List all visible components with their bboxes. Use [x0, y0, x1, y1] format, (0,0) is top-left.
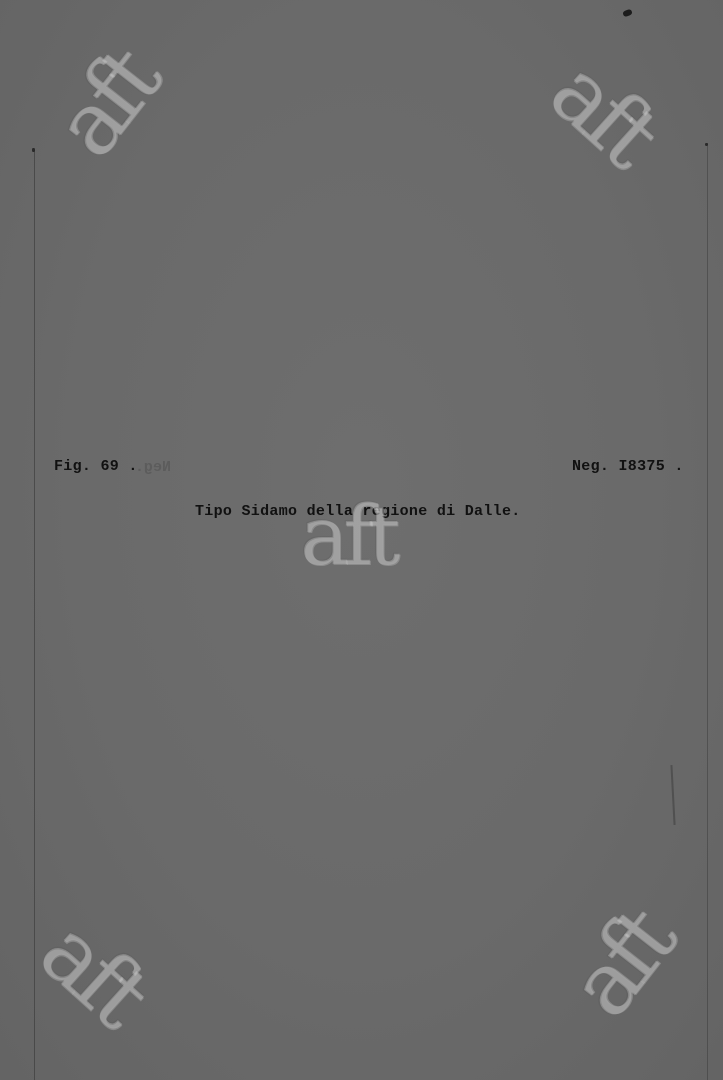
negative-number: Neg. I8375 . [572, 458, 684, 475]
show-through-text: Neg. [135, 459, 171, 476]
watermark-top-right: aft [536, 45, 671, 179]
dust-speck [705, 143, 708, 146]
watermark-bottom-right: aft [555, 897, 687, 1032]
card-right-edge [707, 143, 708, 1080]
dust-speck [32, 148, 35, 152]
watermark-top-left: aft [40, 37, 172, 172]
watermark-bottom-left: aft [26, 905, 161, 1039]
dust-speck [622, 9, 633, 18]
figure-number: Fig. 69 . [54, 458, 138, 475]
watermark-center: aft [300, 496, 394, 578]
card-left-edge [34, 150, 35, 1080]
film-scratch [670, 765, 675, 825]
archival-card: aft aft aft aft Neg. Fig. 69 . Neg. I837… [0, 0, 723, 1080]
